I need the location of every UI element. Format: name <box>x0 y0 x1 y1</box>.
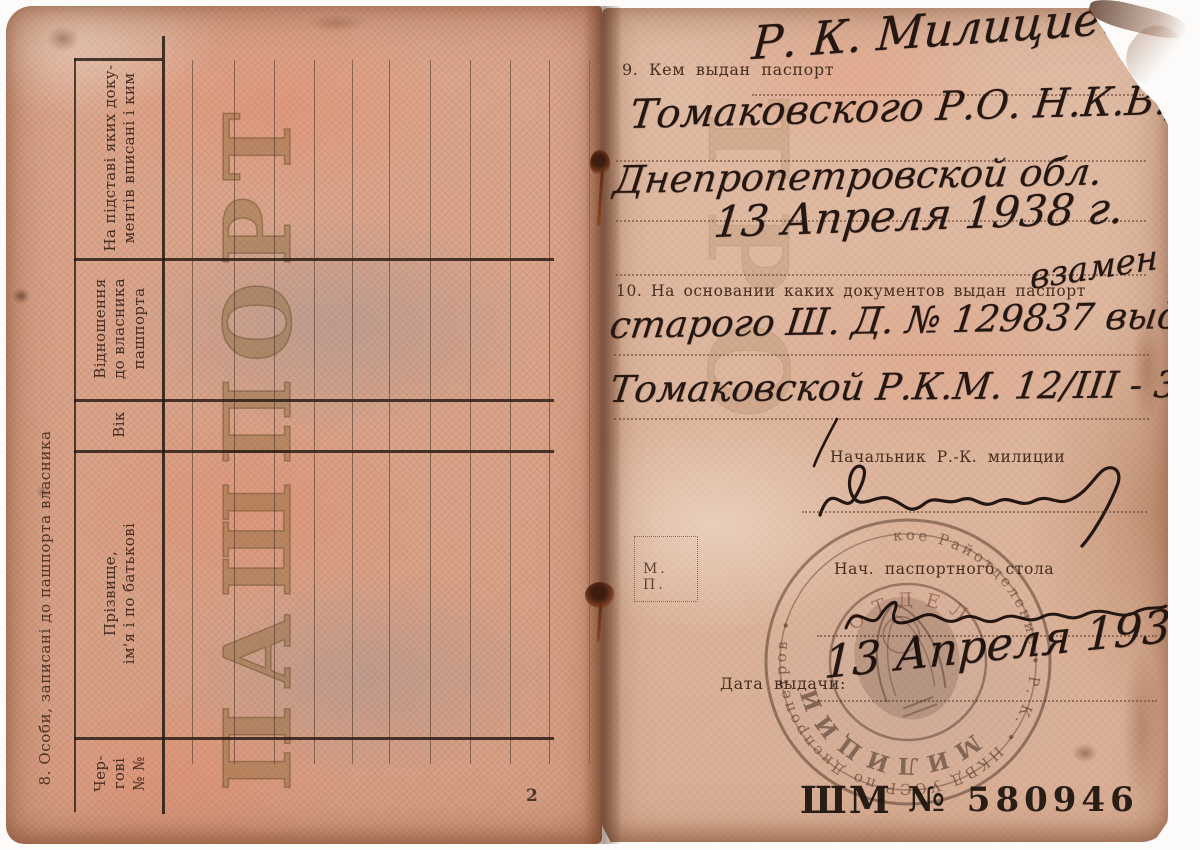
binding-stitch <box>585 582 615 608</box>
passport-scan: ПАШПОРТ 8. Особи, записані до пашпорта в… <box>0 0 1200 850</box>
header-line: № № <box>130 756 150 790</box>
stain <box>306 14 366 32</box>
row-line <box>510 60 511 764</box>
row-line <box>430 60 431 764</box>
table-header-documents: На підставі яких доку- ментів вписані і … <box>78 58 162 258</box>
header-line: гові <box>110 758 130 790</box>
header-line: ім'я і по батькові <box>120 523 140 664</box>
table-header-relation: Відношення до власника пашпорта <box>78 258 162 399</box>
header-line: Відношення <box>91 278 111 378</box>
seal-placeholder-box: М. П. <box>634 536 698 602</box>
row-line <box>470 60 471 764</box>
header-line: Вік <box>110 411 130 437</box>
header-line: до власника <box>110 278 130 379</box>
left-page: ПАШПОРТ 8. Особи, записані до пашпорта в… <box>6 6 602 844</box>
binding-stitch <box>590 150 610 176</box>
leader-line <box>614 354 1149 356</box>
row-line <box>192 60 193 764</box>
seal-placeholder-label: М. П. <box>635 561 697 601</box>
row-line <box>389 60 390 764</box>
stain <box>12 288 30 304</box>
serial-series: ШМ <box>800 778 892 822</box>
header-line: пашпорта <box>130 288 150 370</box>
page-number: 2 <box>526 786 538 806</box>
header-line: На підставі яких доку- <box>101 65 121 252</box>
header-line: Чер- <box>91 755 111 792</box>
row-line <box>274 60 275 764</box>
row-line <box>352 60 353 764</box>
right-page: ТРО Р. К. Милицией 9. Кем выдан паспорт … <box>602 8 1168 842</box>
table-header-age: Вік <box>78 399 162 450</box>
row-line <box>234 60 235 764</box>
table-header-ordinal: Чер- гові № № <box>78 737 162 810</box>
table-border-left <box>74 58 76 812</box>
field10-handwriting-3: Томаковской Р.К.М. 12/ІІІ - 35 г. <box>607 362 1168 411</box>
table-header-name: Прізвище, ім'я і по батькові <box>78 450 162 737</box>
row-line <box>314 60 315 764</box>
row-line <box>549 60 550 764</box>
field9-handwriting-2: Томаковского Р.О. Н.К.В.Д. <box>627 77 1168 138</box>
header-line: ментів вписані і ким <box>120 73 140 244</box>
stain <box>46 26 80 52</box>
left-page-caption: 8. Особи, записані до пашпорта власника <box>36 398 54 818</box>
table-header-divider <box>162 36 165 814</box>
field10-handwriting-1: взамен <box>1030 238 1158 299</box>
field9-label: 9. Кем выдан паспорт <box>622 60 834 79</box>
serial-number: № 580946 <box>908 780 1139 820</box>
header-line: Прізвище, <box>101 551 121 636</box>
leader-line <box>614 418 1149 420</box>
